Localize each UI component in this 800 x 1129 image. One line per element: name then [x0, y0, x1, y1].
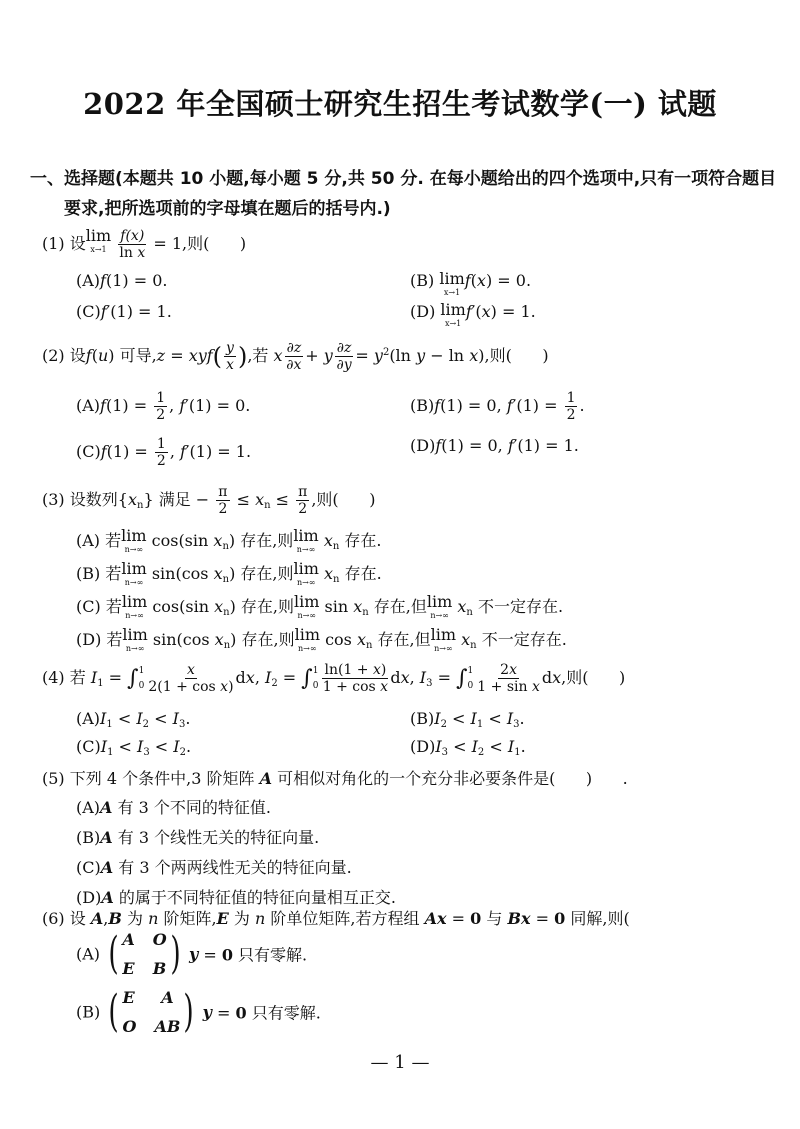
section-instructions-line2: 要求,把所选项前的字母填在题后的括号内.): [64, 194, 391, 219]
q5-option-c[interactable]: (C)A 有 3 个两两线性无关的特征向量.: [76, 855, 352, 878]
q5-option-d[interactable]: (D)A 的属于不同特征值的特征向量相互正交.: [76, 885, 396, 908]
question-4-stem: (4) 若 I1 = ∫10x2(1 + cos x)dx, I2 = ∫10l…: [42, 662, 625, 695]
q4-option-c[interactable]: (C)I1 < I3 < I2.: [76, 737, 191, 758]
q2-option-a[interactable]: (A)f(1) = 12, f′(1) = 0.: [76, 390, 250, 423]
question-5-stem: (5) 下列 4 个条件中,3 阶矩阵 A 可相似对角化的一个充分非必要条件是(…: [42, 766, 628, 789]
q5-option-a[interactable]: (A)A 有 3 个不同的特征值.: [76, 795, 271, 818]
q3-option-c[interactable]: (C) 若limn→∞ cos(sin xn) 存在,则limn→∞ sin x…: [76, 594, 563, 620]
question-1-stem: (1) 设limx→1 f(x)ln x = 1,则( ): [42, 228, 246, 261]
question-6-stem: (6) 设 A,B 为 n 阶矩阵,E 为 n 阶单位矩阵,若方程组 Ax = …: [42, 906, 630, 929]
q2-option-d[interactable]: (D)f(1) = 0, f′(1) = 1.: [410, 436, 579, 455]
q1-option-c[interactable]: (C)f′(1) = 1.: [76, 302, 172, 321]
q3-option-a[interactable]: (A) 若limn→∞ cos(sin xn) 存在,则limn→∞ xn 存在…: [76, 528, 381, 554]
question-2-stem: (2) 设f(u) 可导,z = xyf(yx),若 x∂z∂x+ y∂z∂y=…: [42, 340, 549, 373]
question-3-stem: (3) 设数列{xn} 满足 − π2 ≤ xn ≤ π2,则( ): [42, 484, 375, 517]
section-instructions-line1: 一、选择题(本题共 10 小题,每小题 5 分,共 50 分. 在每小题给出的四…: [30, 164, 776, 189]
q1-option-d[interactable]: (D) limx→1f′(x) = 1.: [410, 302, 536, 328]
q6-option-a[interactable]: (A) ( A O E B ) y = 0 只有零解.: [76, 930, 307, 978]
q3-option-d[interactable]: (D) 若limn→∞ sin(cos xn) 存在,则limn→∞ cos x…: [76, 627, 567, 653]
block-matrix: ( A O E B ): [105, 930, 184, 978]
q1-option-b[interactable]: (B) limx→1f(x) = 0.: [410, 271, 531, 297]
q2-option-c[interactable]: (C)f(1) = 12, f′(1) = 1.: [76, 436, 251, 469]
q1-option-a[interactable]: (A)f(1) = 0.: [76, 271, 167, 290]
q4-option-a[interactable]: (A)I1 < I2 < I3.: [76, 709, 190, 730]
q4-option-b[interactable]: (B)I2 < I1 < I3.: [410, 709, 525, 730]
block-matrix: ( E A O AB ): [105, 988, 197, 1036]
q5-option-b[interactable]: (B)A 有 3 个线性无关的特征向量.: [76, 825, 319, 848]
q3-option-b[interactable]: (B) 若limn→∞ sin(cos xn) 存在,则limn→∞ xn 存在…: [76, 561, 382, 587]
exam-title: 2022 年全国硕士研究生招生考试数学(一) 试题: [0, 82, 800, 123]
q2-option-b[interactable]: (B)f(1) = 0, f′(1) = 12.: [410, 390, 585, 423]
q6-option-b[interactable]: (B) ( E A O AB ) y = 0 只有零解.: [76, 988, 321, 1036]
q4-option-d[interactable]: (D)I3 < I2 < I1.: [410, 737, 526, 758]
page-number: — 1 —: [0, 1052, 800, 1073]
